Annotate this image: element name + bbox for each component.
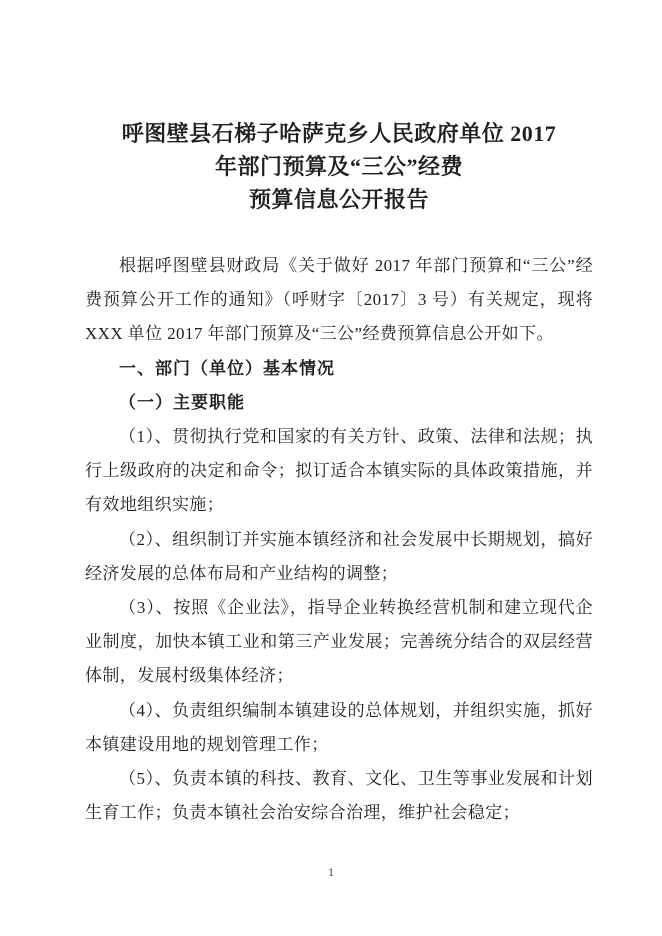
document-title-line-2: 年部门预算及“三公”经费 bbox=[85, 150, 593, 183]
subsection-heading-main-functions: （一）主要职能 bbox=[85, 386, 593, 420]
document-title-line-1: 呼图壁县石梯子哈萨克乡人民政府单位 2017 bbox=[85, 117, 593, 150]
function-item-5: （5）、负责本镇的科技、教育、文化、卫生等事业发展和计划生育工作；负责本镇社会治… bbox=[85, 762, 593, 830]
document-page: 呼图壁县石梯子哈萨克乡人民政府单位 2017 年部门预算及“三公”经费 预算信息… bbox=[0, 0, 662, 936]
document-title-line-3: 预算信息公开报告 bbox=[85, 183, 593, 216]
page-number: 1 bbox=[328, 865, 334, 879]
function-item-4: （4）、负责组织编制本镇建设的总体规划，并组织实施，抓好本镇建设用地的规划管理工… bbox=[85, 694, 593, 762]
function-item-3: （3）、按照《企业法》，指导企业转换经营机制和建立现代企业制度，加快本镇工业和第… bbox=[85, 591, 593, 694]
section-heading-basic-info: 一、部门（单位）基本情况 bbox=[85, 352, 593, 386]
function-item-1: （1）、贯彻执行党和国家的有关方针、政策、法律和法规；执行上级政府的决定和命令；… bbox=[85, 420, 593, 523]
intro-paragraph: 根据呼图壁县财政局《关于做好 2017 年部门预算和“三公”经费预算公开工作的通… bbox=[85, 249, 593, 352]
page-footer: 1 bbox=[0, 864, 662, 880]
function-item-2: （2）、组织制订并实施本镇经济和社会发展中长期规划，搞好经济发展的总体布局和产业… bbox=[85, 523, 593, 591]
document-content: 呼图壁县石梯子哈萨克乡人民政府单位 2017 年部门预算及“三公”经费 预算信息… bbox=[85, 117, 593, 830]
document-title: 呼图壁县石梯子哈萨克乡人民政府单位 2017 年部门预算及“三公”经费 预算信息… bbox=[85, 117, 593, 216]
